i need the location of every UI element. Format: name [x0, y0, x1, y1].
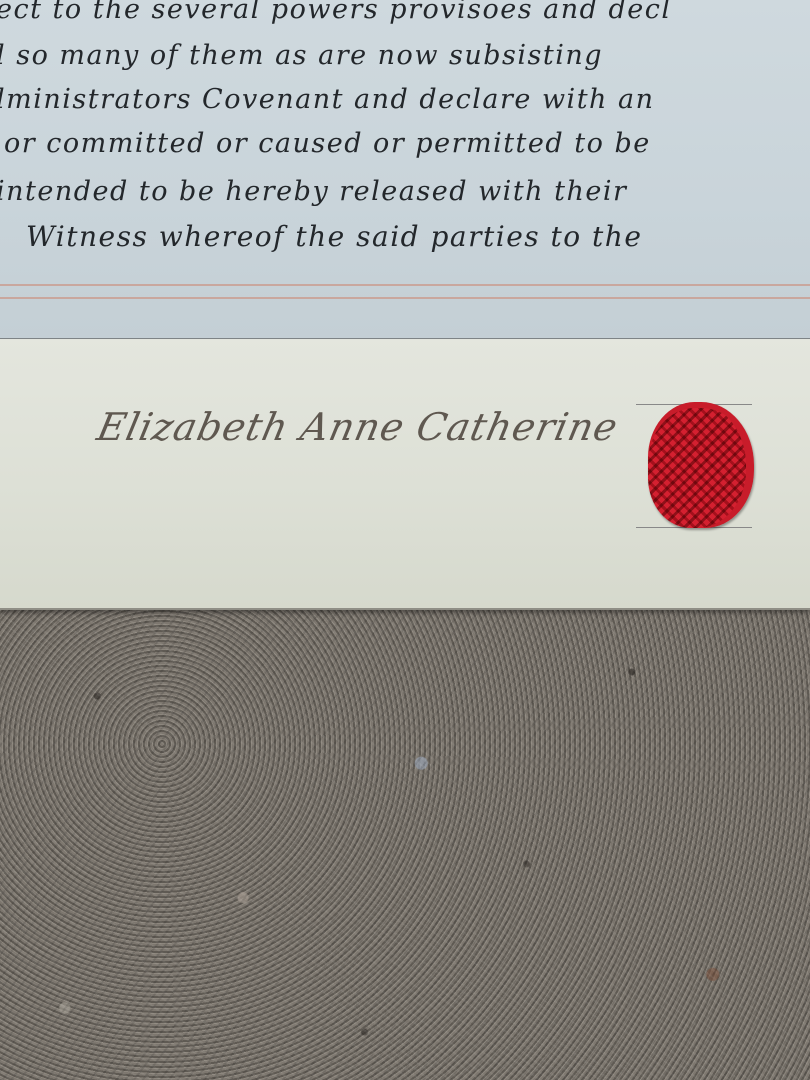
document-line: or committed or caused or permitted to b…	[4, 128, 651, 159]
document-line: ect to the several powers provisoes and …	[0, 0, 672, 25]
concrete-ground	[0, 600, 810, 1080]
document-parchment: ect to the several powers provisoes and …	[0, 0, 810, 339]
wax-seal-icon	[648, 402, 754, 528]
document-line: lministrators Covenant and declare with …	[0, 84, 655, 115]
document-line: Witness whereof the said parties to the	[26, 220, 642, 253]
document-line: intended to be hereby released with thei…	[0, 176, 627, 207]
document-line: l so many of them as are now subsisting	[0, 40, 603, 71]
red-rule-line	[0, 284, 810, 286]
red-rule-line	[0, 297, 810, 299]
signature: Elizabeth Anne Catherine	[93, 405, 622, 449]
